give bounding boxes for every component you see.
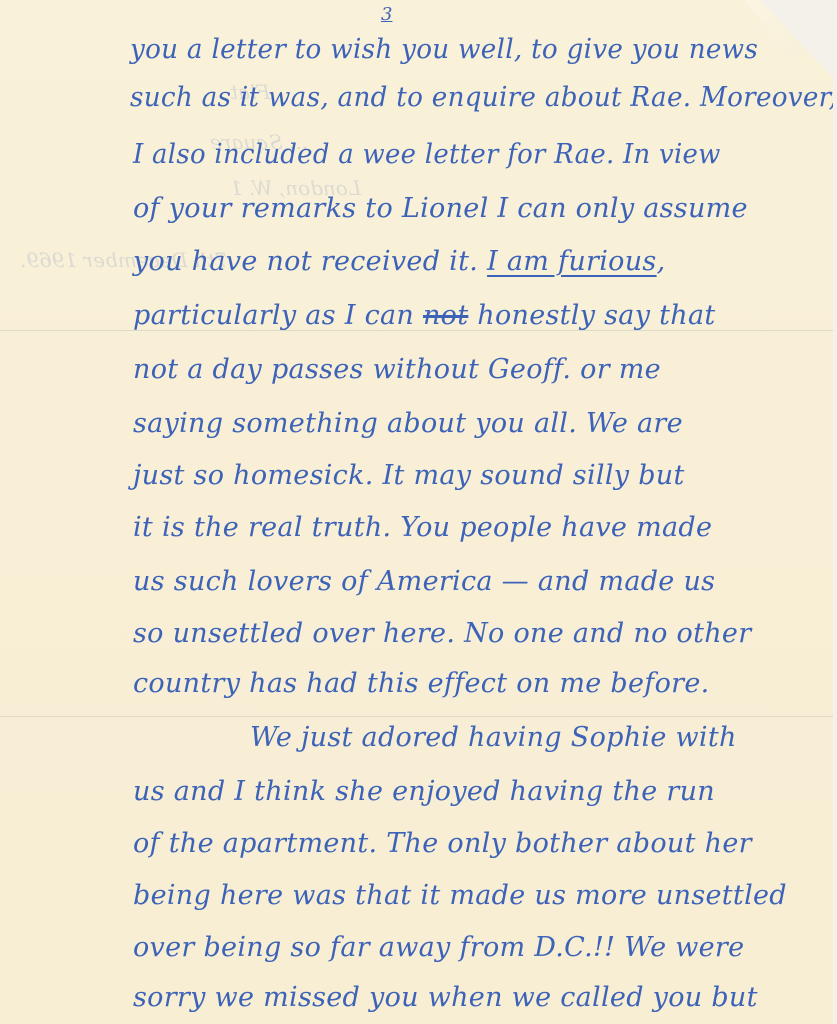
letter-line: you a letter to wish you well, to give y…	[130, 34, 758, 65]
letter-line: I also included a wee letter for Rae. In…	[133, 139, 721, 170]
letter-line: it is the real truth. You people have ma…	[133, 512, 712, 543]
letter-line: not a day passes without Geoff. or me	[133, 354, 661, 385]
struck-through-text: not	[423, 300, 468, 331]
letter-line: particularly as I can not honestly say t…	[133, 300, 716, 331]
text-segment: honestly say that	[468, 300, 715, 331]
letter-line: saying something about you all. We are	[133, 408, 683, 439]
letter-line: of the apartment. The only bother about …	[133, 828, 752, 859]
letter-line: sorry we missed you when we called you b…	[133, 982, 758, 1013]
letter-line: over being so far away from D.C.!! We we…	[133, 932, 744, 963]
letter-line: you have not received it. I am furious,	[133, 246, 665, 277]
letter-line: so unsettled over here. No one and no ot…	[133, 618, 751, 649]
letter-line: such as it was, and to enquire about Rae…	[130, 82, 837, 113]
letter-line: just so homesick. It may sound silly but	[133, 460, 685, 491]
letter-line: us such lovers of America — and made us	[133, 566, 715, 597]
emphasized-text: I am furious	[487, 246, 657, 277]
text-segment: particularly as I can	[133, 300, 423, 331]
letter-page: Flat ... Square London, W. 1 7th Decembe…	[0, 0, 833, 1024]
page-number: 3	[381, 4, 392, 25]
text-segment: you have not received it.	[133, 246, 487, 277]
letter-line: being here was that it made us more unse…	[133, 880, 787, 911]
letter-line: of your remarks to Lionel I can only ass…	[133, 193, 748, 224]
text-segment: ,	[657, 246, 666, 277]
letter-line: us and I think she enjoyed having the ru…	[133, 776, 715, 807]
letter-line: We just adored having Sophie with	[250, 722, 737, 753]
letter-line: country has had this effect on me before…	[133, 668, 710, 699]
fold-crease	[0, 716, 833, 718]
